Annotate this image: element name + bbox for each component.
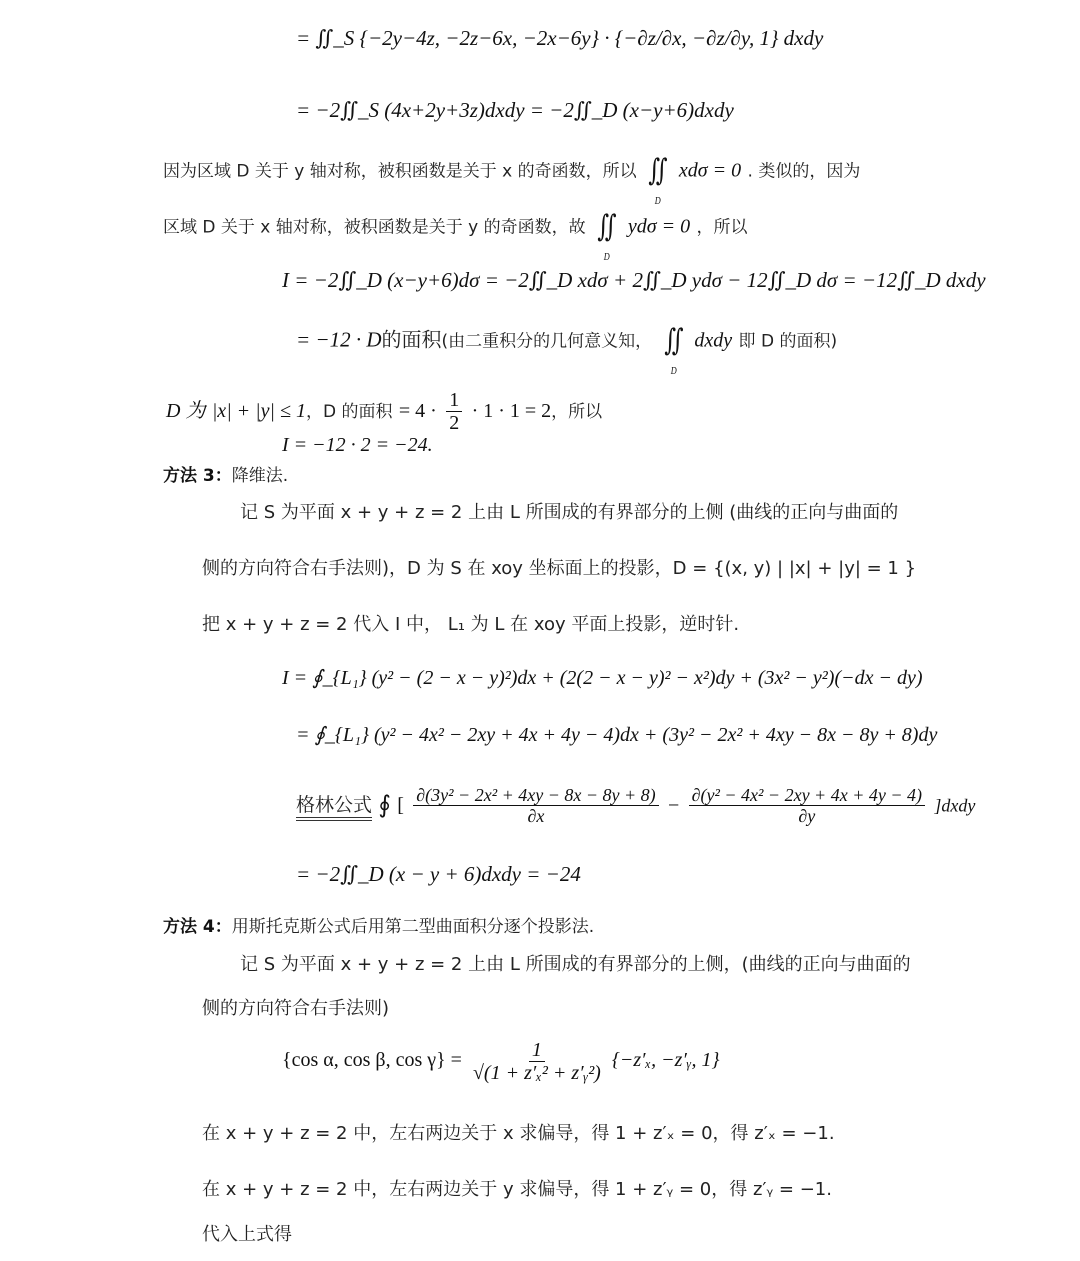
- math-inline: D 为: [166, 400, 205, 422]
- equation-area-meaning: = −12 · D的面积(由二重积分的几何意义知， ∬D dxdy 即 D 的面…: [296, 326, 837, 356]
- paragraph-symmetry-y: 因为区域 D 关于 y 轴对称，被积函数是关于 x 的奇函数，所以 ∬D xdσ…: [163, 156, 860, 186]
- paragraph-text: 的面积: [382, 328, 442, 352]
- fraction-numerator: ∂(y² − 4x² − 2xy + 4x + 4y − 4): [689, 786, 925, 806]
- double-integral-symbol: ∬D: [648, 156, 667, 186]
- paragraph-text: 即 D 的面积): [739, 332, 838, 352]
- equation-text: I = −2∬_D (x−y+6)dσ = −2∬_D xdσ + 2∬_D y…: [282, 268, 986, 292]
- paragraph-text: ，所以: [551, 402, 602, 422]
- math-inline: xdσ = 0: [679, 160, 741, 182]
- method-title: 降维法.: [232, 466, 288, 486]
- equation-surface-integral: = ∬_S {−2y−4z, −2z−6x, −2x−6y} · {−∂z/∂x…: [296, 28, 823, 49]
- paragraph-text: 记 S 为平面 x + y + z = 2 上由 L 所围成的有界部分的上侧 (…: [240, 502, 898, 523]
- paragraph-text: ，所以: [697, 218, 748, 238]
- equation-text: = −2∬_S (4x+2y+3z)dxdy = −2∬_D (x−y+6)dx…: [296, 98, 734, 122]
- paragraph-text: (由二重积分的几何意义知，: [442, 332, 653, 352]
- paragraph-text: 记 S 为平面 x + y + z = 2 上由 L 所围成的有界部分的上侧，(…: [240, 954, 911, 975]
- paragraph-text: 侧的方向符合右手法则)，D 为 S 在 xoy 坐标面上的投影，D = {(x,…: [202, 558, 916, 579]
- fraction-partial-x: ∂(3y² − 2x² + 4xy − 8x − 8y + 8) ∂x: [413, 786, 658, 825]
- equation-line-integral-expanded: = ∮_{L₁} (y² − 4x² − 2xy + 4x + 4y − 4)d…: [296, 725, 937, 745]
- method-3-paragraph-2: 侧的方向符合右手法则)，D 为 S 在 xoy 坐标面上的投影，D = {(x,…: [202, 560, 916, 578]
- integral-subscript: D: [670, 366, 676, 377]
- equation-green-result: = −2∬_D (x − y + 6)dxdy = −24: [296, 864, 581, 885]
- equation-green-formula: 格林公式 ∮ [ ∂(3y² − 2x² + 4xy − 8x − 8y + 8…: [296, 786, 975, 825]
- fraction-denominator: 2: [446, 412, 462, 433]
- equation-text: = ∬_S {−2y−4z, −2z−6x, −2x−6y} · {−∂z/∂x…: [296, 26, 823, 50]
- method-4-paragraph-5: 代入上式得: [202, 1226, 292, 1244]
- double-integral-symbol: ∬D: [597, 212, 616, 242]
- math-inline: = −12 · D: [296, 328, 382, 352]
- paragraph-text: 区域 D 关于 x 轴对称，被积函数是关于 y 的奇函数，故: [163, 218, 586, 238]
- fraction-partial-y: ∂(y² − 4x² − 2xy + 4x + 4y − 4) ∂y: [689, 786, 925, 825]
- method-3-heading: 方法 3：降维法.: [163, 464, 288, 485]
- method-4-paragraph-4: 在 x + y + z = 2 中，左右两边关于 y 求偏导，得 1 + z′ᵧ…: [202, 1181, 832, 1199]
- method-3-paragraph-1: 记 S 为平面 x + y + z = 2 上由 L 所围成的有界部分的上侧 (…: [240, 504, 898, 522]
- equation-text: I = −12 · 2 = −24.: [282, 434, 433, 456]
- paragraph-text: 因为区域 D 关于 y 轴对称，被积函数是关于 x 的奇函数，所以: [163, 162, 637, 182]
- method-label: 方法 3：: [163, 466, 232, 486]
- green-formula-label: 格林公式: [296, 794, 372, 821]
- fraction-denominator: ∂y: [795, 806, 818, 825]
- paragraph-text: ，D 的面积: [306, 402, 393, 422]
- math-inline: {−z′ₓ, −z′ᵧ, 1}: [612, 1049, 720, 1071]
- equation-text: I = ∮_{L₁} (y² − (2 − x − y)²)dx + (2(2 …: [282, 667, 923, 689]
- fraction-denominator: √(1 + z′ₓ² + z′ᵧ²): [470, 1062, 604, 1083]
- fraction-numerator: ∂(3y² − 2x² + 4xy − 8x − 8y + 8): [413, 786, 658, 806]
- math-inline: · 1 · 1 = 2: [472, 400, 552, 422]
- math-inline: |x| + |y| ≤ 1: [212, 400, 306, 422]
- equation-text: = ∮_{L₁} (y² − 4x² − 2xy + 4x + 4y − 4)d…: [296, 724, 937, 746]
- math-inline: {cos α, cos β, cos γ} =: [282, 1049, 462, 1071]
- equation-text: = −2∬_D (x − y + 6)dxdy = −24: [296, 862, 581, 886]
- paragraph-text: . 类似的，因为: [748, 162, 861, 182]
- fraction-one-half: 12: [446, 390, 462, 433]
- paragraph-symmetry-x: 区域 D 关于 x 轴对称，被积函数是关于 y 的奇函数，故 ∬D ydσ = …: [163, 212, 748, 242]
- fraction-denominator: ∂x: [525, 806, 548, 825]
- method-title: 用斯托克斯公式后用第二型曲面积分逐个投影法.: [232, 917, 594, 937]
- equation-direction-cosines: {cos α, cos β, cos γ} = 1 √(1 + z′ₓ² + z…: [282, 1040, 719, 1083]
- bracket-close-dxdy: ]dxdy: [934, 796, 975, 816]
- paragraph-text: 在 x + y + z = 2 中，左右两边关于 y 求偏导，得 1 + z′ᵧ…: [202, 1179, 832, 1200]
- method-label: 方法 4：: [163, 917, 232, 937]
- method-3-paragraph-3: 把 x + y + z = 2 代入 I 中， L₁ 为 L 在 xoy 平面上…: [202, 616, 739, 634]
- paragraph-text: 侧的方向符合右手法则): [202, 998, 389, 1019]
- contour-integral-symbol: ∮: [378, 793, 391, 819]
- bracket-open: [: [397, 795, 404, 817]
- method-4-paragraph-2: 侧的方向符合右手法则): [202, 1000, 389, 1018]
- double-integral-symbol: ∬D: [664, 326, 683, 356]
- integral-subscript: D: [604, 252, 610, 263]
- fraction-numerator: 1: [529, 1040, 545, 1062]
- paragraph-area-D: D 为 |x| + |y| ≤ 1，D 的面积 = 4 · 12 · 1 · 1…: [166, 390, 602, 433]
- fraction-numerator: 1: [446, 390, 462, 412]
- paragraph-text: 把 x + y + z = 2 代入 I 中， L₁ 为 L 在 xoy 平面上…: [202, 614, 739, 635]
- equation-I-result: I = −12 · 2 = −24.: [282, 435, 433, 455]
- fraction-normalizer: 1 √(1 + z′ₓ² + z′ᵧ²): [470, 1040, 604, 1083]
- math-inline: ydσ = 0: [628, 216, 690, 238]
- equation-I-expansion: I = −2∬_D (x−y+6)dσ = −2∬_D xdσ + 2∬_D y…: [282, 270, 986, 291]
- method-4-paragraph-3: 在 x + y + z = 2 中，左右两边关于 x 求偏导，得 1 + z′ₓ…: [202, 1125, 835, 1143]
- paragraph-text: 代入上式得: [202, 1224, 292, 1245]
- method-4-heading: 方法 4：用斯托克斯公式后用第二型曲面积分逐个投影法.: [163, 915, 594, 936]
- paragraph-text: 在 x + y + z = 2 中，左右两边关于 x 求偏导，得 1 + z′ₓ…: [202, 1123, 835, 1144]
- math-inline: = 4 ·: [399, 400, 437, 422]
- method-4-paragraph-1: 记 S 为平面 x + y + z = 2 上由 L 所围成的有界部分的上侧，(…: [240, 956, 911, 974]
- minus-sign: −: [668, 795, 679, 817]
- equation-line-integral: I = ∮_{L₁} (y² − (2 − x − y)²)dx + (2(2 …: [282, 668, 923, 688]
- equation-reduced-integral: = −2∬_S (4x+2y+3z)dxdy = −2∬_D (x−y+6)dx…: [296, 100, 734, 121]
- integral-subscript: D: [655, 196, 661, 207]
- math-inline: dxdy: [694, 330, 732, 352]
